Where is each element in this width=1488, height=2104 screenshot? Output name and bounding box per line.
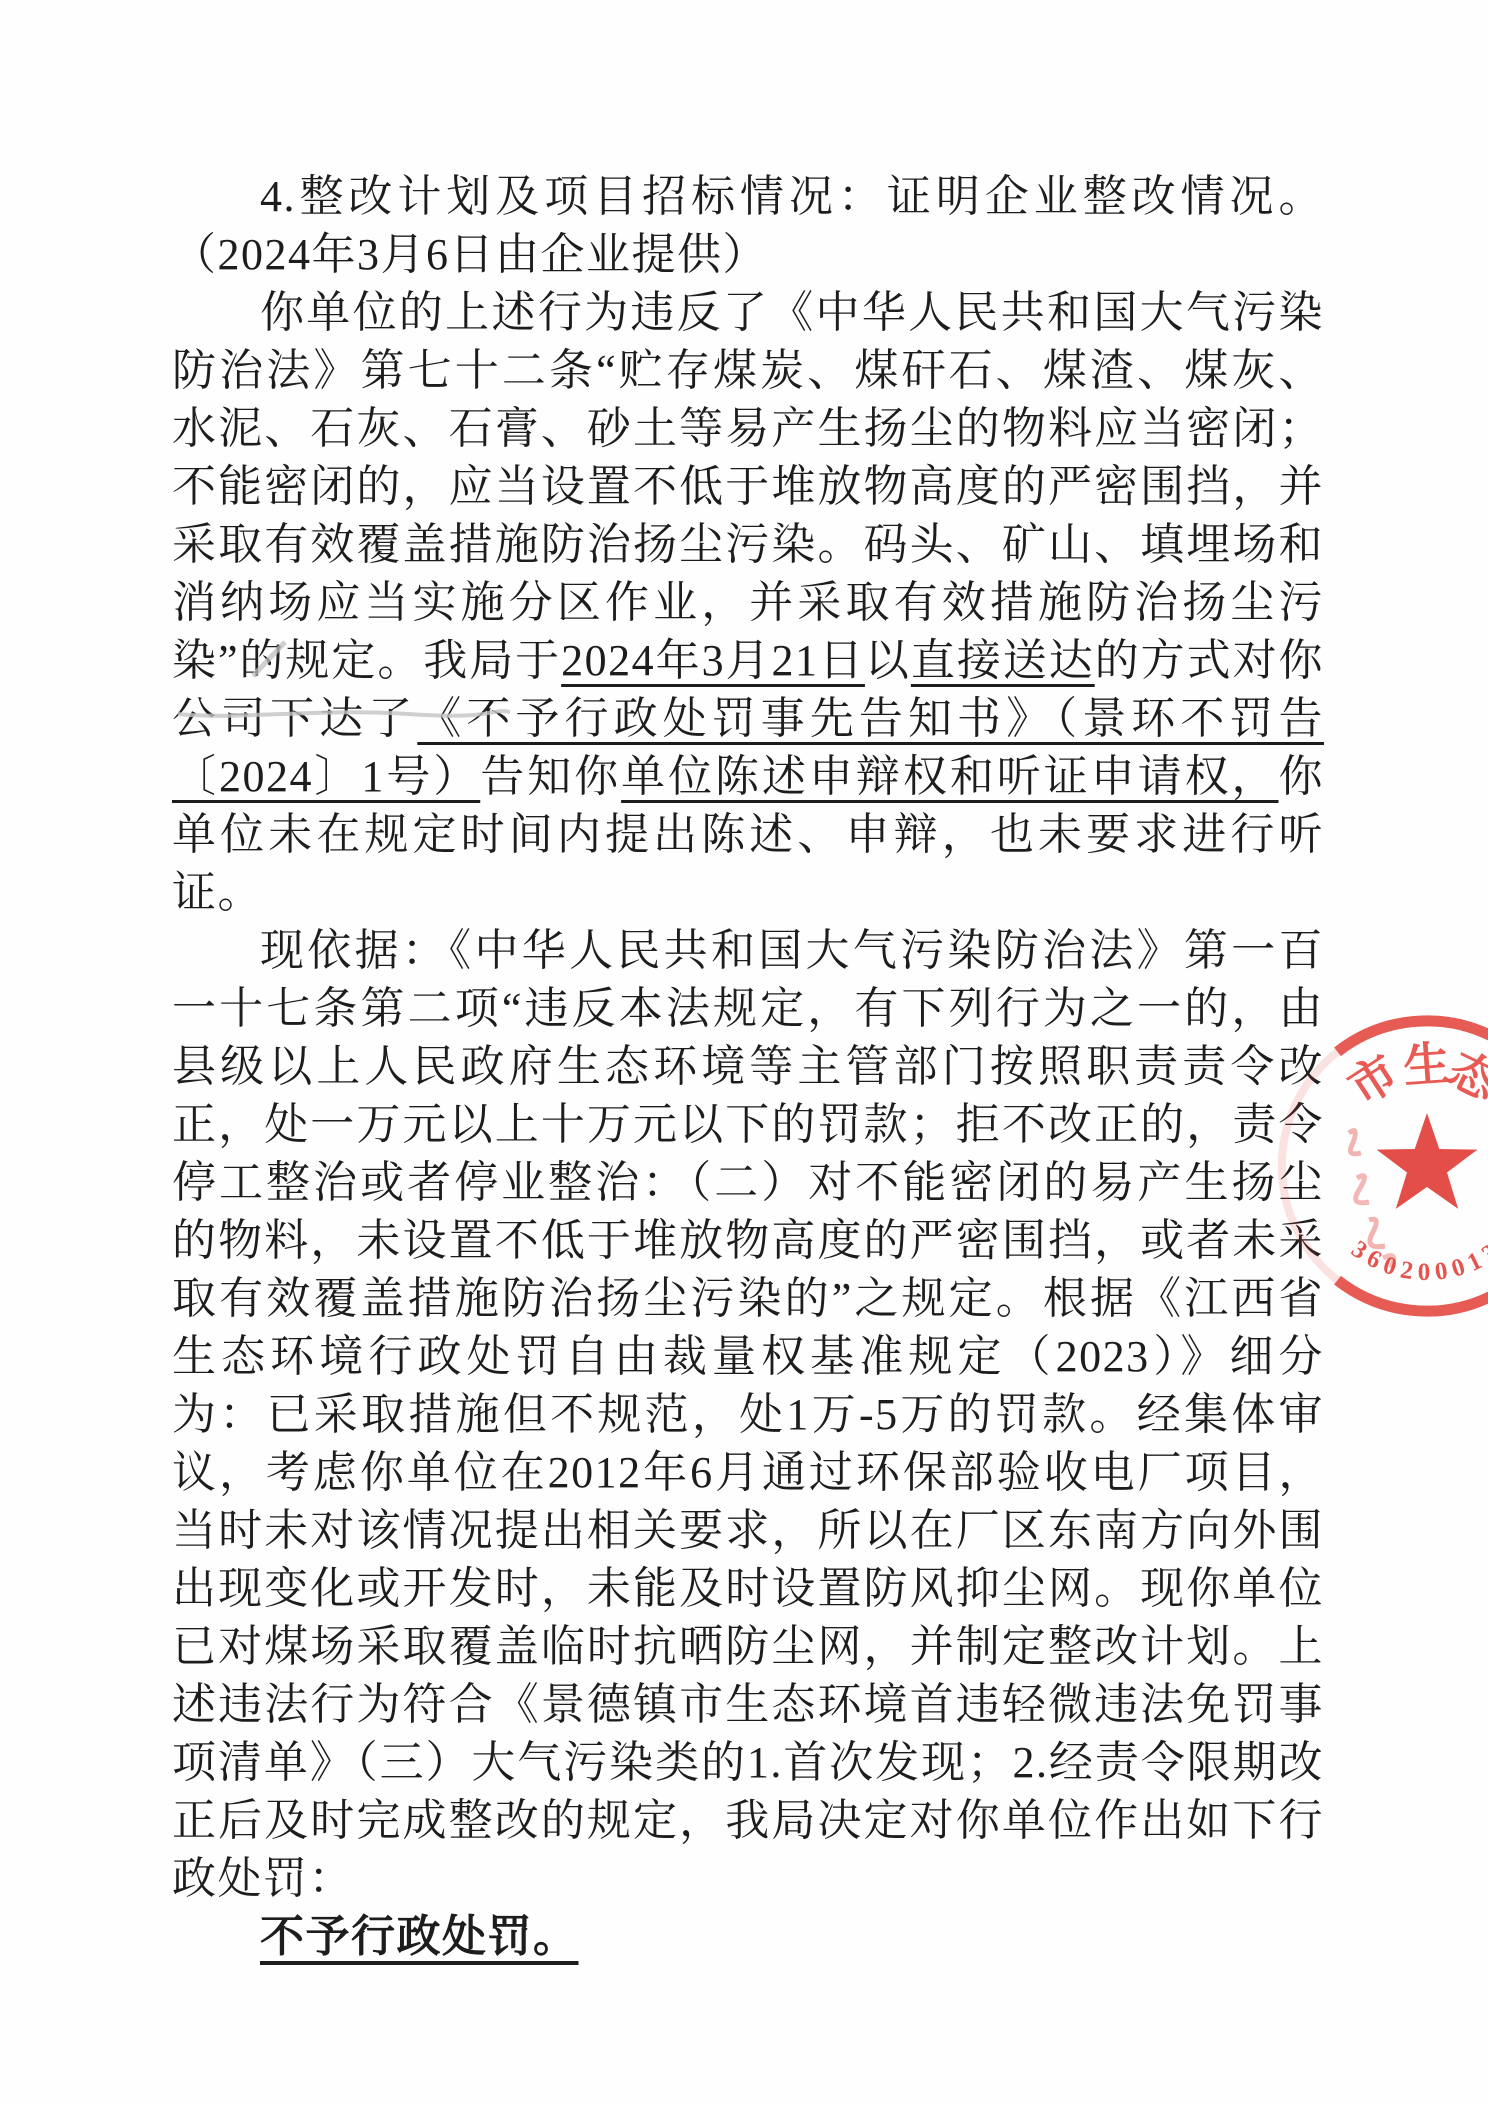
delivery-method-underlined: 直接送达 <box>911 636 1095 685</box>
violation-text: 你单位的上述行为违反了《中华人民共和国大气污染防治法》第七十二条“贮存煤炭、煤矸… <box>172 288 1324 685</box>
connector-text: 以 <box>865 636 911 685</box>
seal-smudge-stroke <box>1349 1131 1361 1154</box>
document-page: 4.整改计划及项目招标情况：证明企业整改情况。（2024年3月6日由企业提供） … <box>0 0 1488 2104</box>
evidence-item-4-text: 4.整改计划及项目招标情况：证明企业整改情况。（2024年3月6日由企业提供） <box>172 172 1324 279</box>
decision-text: 不予行政处罚。 <box>260 1912 579 1961</box>
delivery-date-underlined: 2024年3月21日 <box>561 636 865 685</box>
paragraph-evidence-item-4: 4.整改计划及项目招标情况：证明企业整改情况。（2024年3月6日由企业提供） <box>172 168 1324 284</box>
paragraph-violation-and-notice: 你单位的上述行为违反了《中华人民共和国大气污染防治法》第七十二条“贮存煤炭、煤矸… <box>172 284 1324 922</box>
paragraph-legal-basis: 现依据：《中华人民共和国大气污染防治法》第一百一十七条第二项“违反本法规定，有下… <box>172 922 1324 1908</box>
seal-ring-char: 市 <box>1340 1046 1408 1115</box>
seal-border-left-arc-faded <box>1282 1052 1338 1280</box>
official-seal-stamp: 市 生 态 360200013 <box>1277 1015 1488 1325</box>
inform-text: 告知你 <box>480 752 621 801</box>
paragraph-decision: 不予行政处罚。 <box>172 1908 1324 1966</box>
seal-code: 360200013 <box>1346 1236 1488 1286</box>
document-body: 4.整改计划及项目招标情况：证明企业整改情况。（2024年3月6日由企业提供） … <box>172 168 1324 1966</box>
seal-star-icon <box>1377 1113 1478 1209</box>
rights-underlined: 单位陈述申辩权和听证申请权， <box>621 752 1278 801</box>
seal-smudge-stroke <box>1356 1176 1369 1203</box>
legal-basis-text: 现依据：《中华人民共和国大气污染防治法》第一百一十七条第二项“违反本法规定，有下… <box>172 926 1324 1903</box>
